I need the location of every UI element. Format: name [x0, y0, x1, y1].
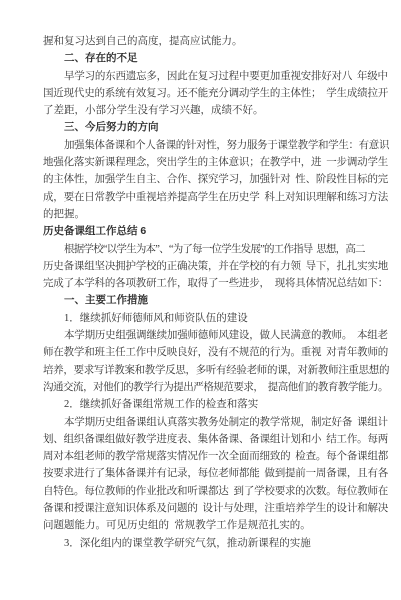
section-heading: 二、存在的不足: [43, 50, 390, 67]
text-line: 备课和授课注意知识体系及问题的 设计与处理，注重培养学生的设计和解决: [43, 500, 390, 517]
text-line: 完成了本学科的各项教研工作，取得了一些进步， 现将具体情况总结如下：: [43, 275, 390, 292]
text-line: 问题题能力。可见历史组的 常规教学工作是规范扎实的。: [43, 517, 390, 534]
section-heading: 历史备课组工作总结 6: [43, 223, 390, 240]
section-heading: 三、今后努力的方向: [43, 119, 390, 136]
text-line: 国近现代史的系统有效复习。还不能充分调动学生的主体性； 学生成绩拉开: [43, 85, 390, 102]
text-line: 的主体性，加强学生自主、合作、探究学习，加强针对 性、阶段性目标的完: [43, 171, 390, 188]
text-line: 成，要在日常教学中重视培养提高学生在历史学 科上对知识理解和练习方法: [43, 189, 390, 206]
text-line: 的把握。: [43, 206, 390, 223]
text-line: 沟通交流，对他们的教学行为提出严格规范要求， 提高他们的教育教学能力。: [43, 379, 390, 396]
text-line: 3．深化组内的课堂教学研究气氛，推动新课程的实施: [43, 535, 390, 552]
text-line: 本学期历史组备课组认真落实教务处制定的教学常规，制定好备 课组计: [43, 414, 390, 431]
text-line: 师在教学和班主任工作中反映良好，没有不规范的行为。重视 对青年教师的: [43, 344, 390, 361]
text-line: 加强集体备课和个人备课的针对性，努力服务于课堂教学和学生：有意识: [43, 137, 390, 154]
text-line: 本学期历史组强调继续加强师德师风建设，做人民满意的教师。 本组老: [43, 327, 390, 344]
text-line: 地强化落实新课程理念，突出学生的主体意识；在教学中，进 一步调动学生: [43, 154, 390, 171]
text-line: 按要求进行了集体备课并有记录，每位老师都能 做到提前一周备课，且有各: [43, 465, 390, 482]
text-line: 划、组织备课组做好教学进度表、集体备课、备课组计划和小 结工作。每两: [43, 431, 390, 448]
text-line: 1．继续抓好师德师风和师资队伍的建设: [43, 310, 390, 327]
section-heading: 一、主要工作措施: [43, 292, 390, 309]
text-line: 历史备课组坚决拥护学校的正确决策，并在学校的有力领 导下，扎扎实实地: [43, 258, 390, 275]
document-text: 握和复习达到自己的高度，提高应试能力。二、存在的不足早学习的东西遗忘多，因此在复…: [43, 33, 390, 552]
text-line: 培养，要求写详教案和教学反思，多听有经验老师的课，对新教师注重思想的: [43, 362, 390, 379]
text-line: 早学习的东西遗忘多，因此在复习过程中要更加重视安排好对八 年级中: [43, 68, 390, 85]
document-page: 握和复习达到自己的高度，提高应试能力。二、存在的不足早学习的东西遗忘多，因此在复…: [0, 0, 401, 600]
text-line: 周对本组老师的教学常规落实情况作一次全面而细致的 检查。每个备课组都: [43, 448, 390, 465]
text-line: 自特色。每位教师的作业批改和听课都达 到了学校要求的次数。每位教师在: [43, 483, 390, 500]
text-line: 2．继续抓好备课组常规工作的检查和落实: [43, 396, 390, 413]
text-line: 根据学校“以学生为本”、“为了每一位学生发展”的工作指导 思想，高二: [43, 241, 390, 258]
text-line: 握和复习达到自己的高度，提高应试能力。: [43, 33, 390, 50]
text-line: 了差距，小部分学生没有学习兴趣，成绩不好。: [43, 102, 390, 119]
